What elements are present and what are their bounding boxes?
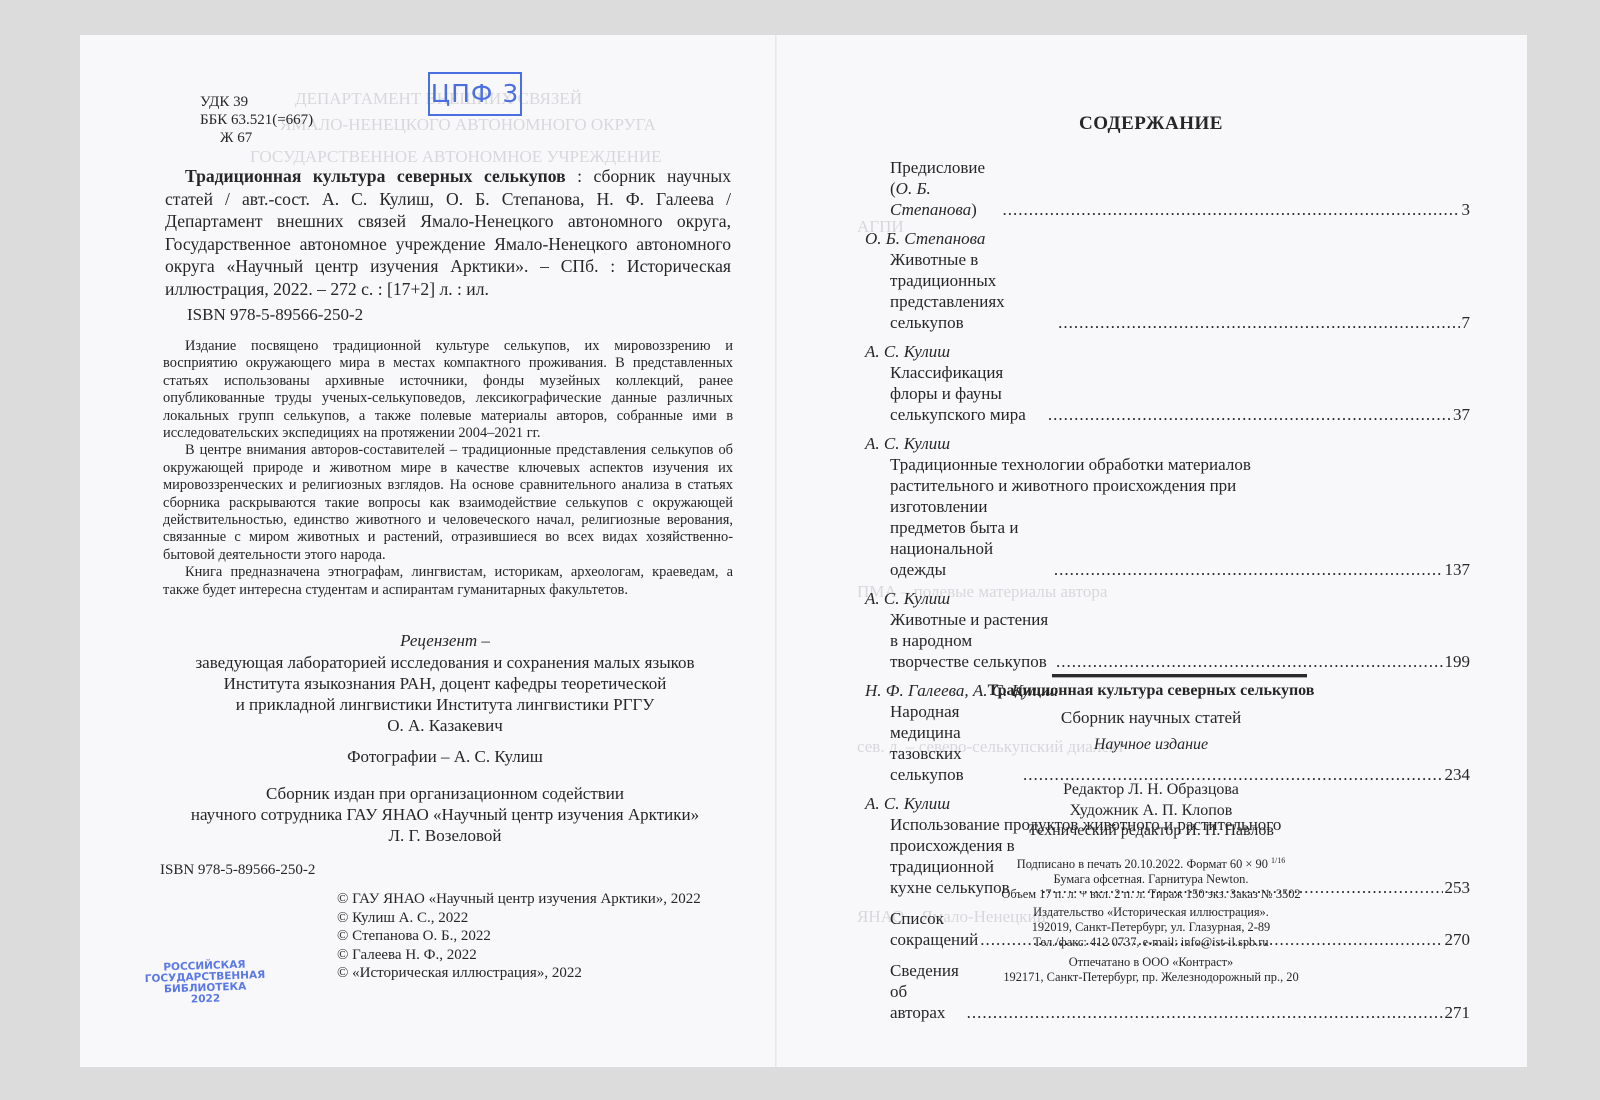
credit-editor: Редактор Л. Н. Образцова [775,780,1527,801]
copyright-line: © Кулиш А. С., 2022 [337,909,701,928]
toc-entry-title: Классификация флоры и фауны селькупского… [890,362,1046,425]
publisher-info: Издательство «Историческая иллюстрация».… [775,905,1527,950]
copyright-line: © ГАУ ЯНАО «Научный центр изучения Аркти… [337,890,701,909]
publisher-address: 192019, Санкт-Петербург, ул. Глазурная, … [775,920,1527,935]
toc-entry-author: О. Б. Степанова [865,228,1470,249]
print-signed: Подписано в печать 20.10.2022. Формат 60… [775,853,1527,872]
copyright-line: © «Историческая иллюстрация», 2022 [337,964,701,983]
toc-page-number: 199 [1445,651,1471,672]
reviewer-name: О. А. Казакевич [140,715,750,736]
toc-page-number: 7 [1462,312,1471,333]
leader-dots [967,1002,1443,1023]
udk-code: УДК 39 [200,93,313,111]
abstract-paragraph: В центре внимания авторов-составителей –… [163,442,733,564]
toc-entry[interactable]: А. С. Кулиш Традиционные технологии обра… [890,433,1470,580]
right-page-contents: АГПИ ПМА – полевые материалы автора сев.… [775,35,1527,1067]
toc-entry-author: А. С. Кулиш [865,433,1470,454]
toc-page-number: 37 [1453,404,1470,425]
credit-artist: Художник А. П. Клопов [775,801,1527,822]
photo-credit: Фотографии – А. С. Кулиш [140,746,750,767]
book-spread: ДЕПАРТАМЕНТ ВНЕШНИХ СВЯЗЕЙ ЯМАЛО-НЕНЕЦКО… [80,35,1527,1067]
support-line: научного сотрудника ГАУ ЯНАО «Научный це… [140,804,750,825]
classification-codes: УДК 39 ББК 63.521(=667) Ж 67 [200,93,313,147]
toc-entry-title: Животные в традиционных представлениях с… [890,249,1056,333]
toc-entry[interactable]: А. С. Кулиш Классификация флоры и фауны … [890,341,1470,425]
leader-dots [1048,404,1451,425]
abstract-paragraph: Издание посвящено традиционной культуре … [163,338,733,442]
toc-entry[interactable]: А. С. Кулиш Животные и растения в народн… [890,588,1470,672]
toc-page-number: 3 [1462,199,1471,220]
isbn-bottom: ISBN 978-5-89566-250-2 [160,862,315,879]
copyright-line: © Галеева Н. Ф., 2022 [337,946,701,965]
section-divider [1052,674,1307,678]
print-paper: Бумага офсетная. Гарнитура Newton. [775,872,1527,887]
imprint-edition-type: Научное издание [775,736,1527,754]
reviewer-line: заведующая лабораторией исследования и с… [140,652,750,673]
leader-dots [1054,559,1443,580]
print-volume: Объем 17 п. л. + вкл. 2 п. л. Тираж 150 … [775,887,1527,902]
toc-entry-title: Животные и растения в народном творчеств… [890,609,1054,672]
imprint-subtitle: Сборник научных статей [775,708,1527,728]
leader-dots [1058,312,1459,333]
toc-page-number: 271 [1445,1002,1471,1023]
support-line: Сборник издан при организационном содейс… [140,783,750,804]
toc-entry-title: изготовлении предметов быта и национальн… [890,496,1052,580]
imprint-title: Традиционная культура северных селькупов [775,682,1527,700]
printer-info: Отпечатано в ООО «Контраст» 192171, Санк… [775,955,1527,985]
cpf-stamp: ЦПФ 3 [428,72,522,116]
bibliographic-entry: Традиционная культура северных селькупов… [165,165,731,300]
reviewer-label: Рецензент – [140,630,750,651]
toc-entry-title: Предисловие (О. Б. Степанова) [890,157,1001,220]
leader-dots [1056,651,1442,672]
author-mark: Ж 67 [200,129,313,147]
toc-entry-title-line: Традиционные технологии обработки матери… [890,454,1470,475]
toc-entry[interactable]: О. Б. Степанова Животные в традиционных … [890,228,1470,333]
toc-entry-author: А. С. Кулиш [865,588,1470,609]
abstract: Издание посвящено традиционной культуре … [163,338,733,599]
print-info: Подписано в печать 20.10.2022. Формат 60… [775,853,1527,902]
reviewer-line: Института языкознания РАН, доцент кафедр… [140,673,750,694]
reviewer-details: заведующая лабораторией исследования и с… [140,652,750,736]
library-stamp: РОССИЙСКАЯ ГОСУДАРСТВЕННАЯ БИБЛИОТЕКА 20… [144,959,265,1007]
toc-entry[interactable]: Предисловие (О. Б. Степанова) 3 [890,157,1470,220]
left-page-imprint: ДЕПАРТАМЕНТ ВНЕШНИХ СВЯЗЕЙ ЯМАЛО-НЕНЕЦКО… [80,35,775,1067]
toc-page-number: 137 [1445,559,1471,580]
printer-address: 192171, Санкт-Петербург, пр. Железнодоро… [775,970,1527,985]
support-note: Сборник издан при организационном содейс… [140,783,750,846]
credit-tech-editor: Технический редактор И. П. Павлов [775,821,1527,842]
book-title-bold: Традиционная культура северных селькупов [185,166,566,186]
copyright-list: © ГАУ ЯНАО «Научный центр изучения Аркти… [337,890,701,983]
printer-name: Отпечатано в ООО «Контраст» [775,955,1527,970]
bleed-through-text: ЯМАЛО-НЕНЕЦКОГО АВТОНОМНОГО ОКРУГА [280,113,656,136]
toc-entry-title-line: растительного и животного происхождения … [890,475,1470,496]
support-line: Л. Г. Возеловой [140,825,750,846]
publisher-contacts: Тел./факс: 412 0737, e-mail: info@ist-il… [775,935,1527,950]
bbk-code: ББК 63.521(=667) [200,111,313,129]
reviewer-line: и прикладной лингвистики Института лингв… [140,694,750,715]
imprint-credits: Редактор Л. Н. Образцова Художник А. П. … [775,780,1527,842]
copyright-line: © Степанова О. Б., 2022 [337,927,701,946]
toc-title: СОДЕРЖАНИЕ [775,113,1527,135]
leader-dots [1003,199,1460,220]
publisher-name: Издательство «Историческая иллюстрация». [775,905,1527,920]
isbn-top: ISBN 978-5-89566-250-2 [187,305,363,325]
abstract-paragraph: Книга предназначена этнографам, лингвист… [163,564,733,599]
toc-entry-author: А. С. Кулиш [865,341,1470,362]
